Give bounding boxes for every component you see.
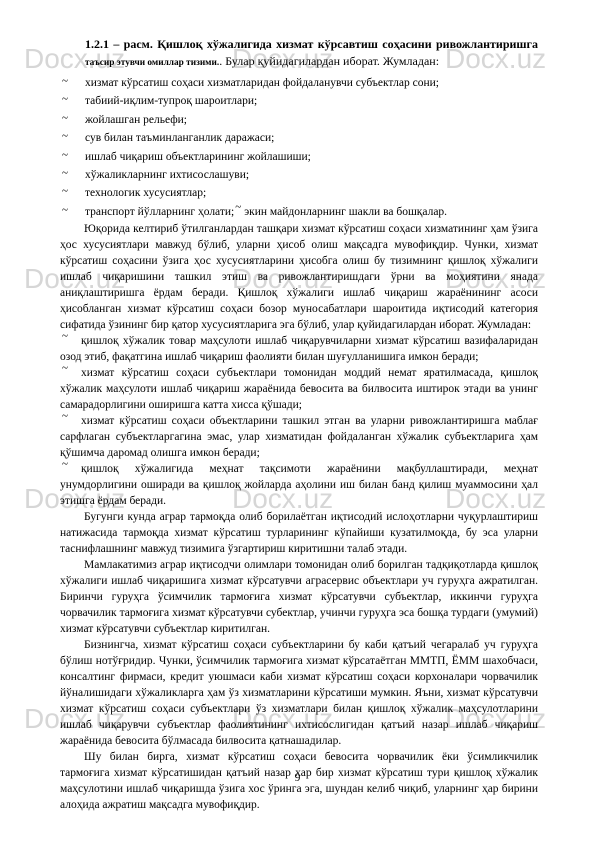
list-item-text: жойлашган рельефи; xyxy=(85,114,187,126)
list-item-text: технологик хусусиятлар; xyxy=(85,187,206,199)
bullet-icon: ~ xyxy=(62,127,68,145)
paragraph: Мамлакатимиз аграр иқтисодчи олимлари то… xyxy=(60,557,538,637)
paragraph: Бизнингча, хизмат кўрсатиш соҳаси субъек… xyxy=(60,637,538,749)
list-item: ~хизмат кўрсатиш соҳаси субъектлари томо… xyxy=(60,365,538,413)
list-item: ~хизмат кўрсатиш соҳаси объектларини таш… xyxy=(60,413,538,461)
page-number: 9 xyxy=(0,772,595,784)
bullet-icon: ~ xyxy=(62,330,68,342)
bullet-icon: ~ xyxy=(62,182,68,200)
heading-intro-text: . Булар қуйидагилардан иборат. Жумладан: xyxy=(219,54,439,68)
list-item: ~ хизмат кўрсатиш соҳаси хизматларидан ф… xyxy=(60,74,538,92)
paragraph: Бугунги кунда аграр тармоқда олиб борила… xyxy=(60,509,538,557)
list-item-text: хизмат кўрсатиш соҳаси объектларини ташк… xyxy=(60,415,538,459)
list-item-text: экин майдонларнинг шакли ва бошқалар. xyxy=(244,206,447,218)
heading-bold-small-text: таъсир этувчи омиллар тизими. xyxy=(85,58,219,68)
document-page: Docx.uz Docx.uz Docx.uz Docx.uz Docx.uz … xyxy=(0,0,595,842)
bullet-icon: ~ xyxy=(62,109,68,127)
list-item: ~қишлоқ хўжалик товар маҳсулоти ишлаб чи… xyxy=(60,333,538,365)
bullet-icon: ~ xyxy=(62,72,68,90)
list-item: ~ транспорт йўлларнинг ҳолати;~экин майд… xyxy=(60,203,538,221)
list-item-text: табиий-иқлим-тупроқ шароитлари; xyxy=(85,95,257,107)
list-item: ~ сув билан таъминланганлик даражаси; xyxy=(60,129,538,147)
list-item-text: сув билан таъминланганлик даражаси; xyxy=(85,132,274,144)
bullet-icon: ~ xyxy=(62,164,68,182)
list-item-text: қишлоқ хўжалик товар маҳсулоти ишлаб чиқ… xyxy=(60,335,538,363)
list-item: ~ технологик хусусиятлар; xyxy=(60,184,538,202)
list-item-text: хўжаликларнинг ихтисослашуви; xyxy=(85,169,249,181)
bullet-icon: ~ xyxy=(235,201,241,213)
list-item-text: хизмат кўрсатиш соҳаси субъектлари томон… xyxy=(60,367,538,411)
list-item: ~ жойлашган рельефи; xyxy=(60,111,538,129)
bullet-icon: ~ xyxy=(62,90,68,108)
heading-bold-text: 1.2.1 – расм. Қишлоқ хўжалигида хизмат к… xyxy=(85,37,538,51)
bullet-icon: ~ xyxy=(62,458,68,470)
bullet-icon: ~ xyxy=(62,410,68,422)
list-item-text: қишлоқ хўжалигида меҳнат тақсимоти жараё… xyxy=(60,463,538,507)
list-item: ~ табиий-иқлим-тупроқ шароитлари; xyxy=(60,92,538,110)
bullet-icon: ~ xyxy=(62,362,68,374)
list-item-text: хизмат кўрсатиш соҳаси хизматларидан фой… xyxy=(85,77,439,89)
bullet-icon: ~ xyxy=(62,146,68,164)
list-item: ~қишлоқ хўжалигида меҳнат тақсимоти жара… xyxy=(60,461,538,509)
list-item: ~ ишлаб чиқариш объектларининг жойлашиши… xyxy=(60,148,538,166)
figure-caption-heading: 1.2.1 – расм. Қишлоқ хўжалигида хизмат к… xyxy=(85,36,538,72)
list-item-text: транспорт йўлларнинг ҳолати; xyxy=(85,206,234,218)
list-item-text: ишлаб чиқариш объектларининг жойлашиши; xyxy=(85,151,311,163)
list-item: ~ хўжаликларнинг ихтисослашуви; xyxy=(60,166,538,184)
bullet-icon: ~ xyxy=(62,201,68,219)
text-body: 1.2.1 – расм. Қишлоқ хўжалигида хизмат к… xyxy=(60,36,538,813)
paragraph: Юқорида келтириб ўтилганлардан ташқари х… xyxy=(60,221,538,333)
